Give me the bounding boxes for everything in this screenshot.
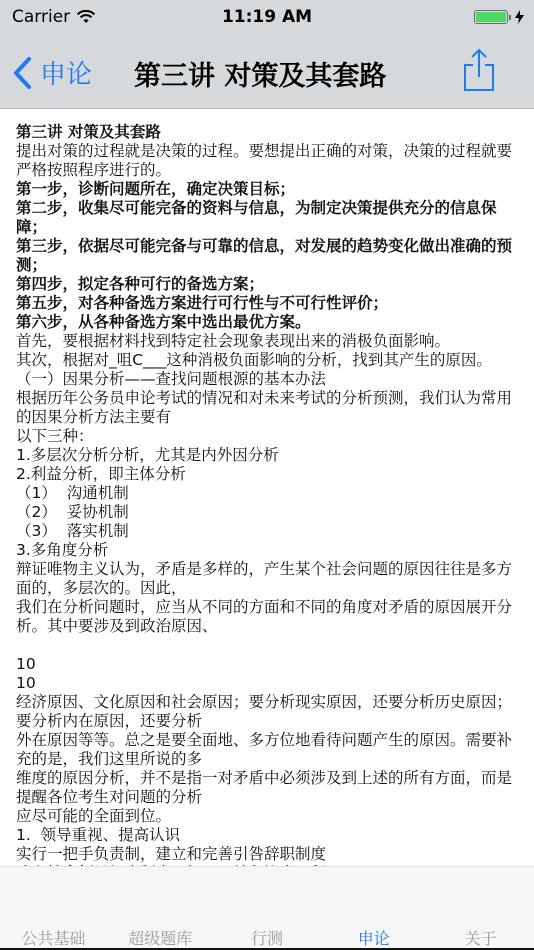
battery-icon (474, 10, 508, 24)
article-content[interactable]: 第三讲 对策及其套路提出对策的过程就是决策的过程。要想提出正确的对策，决策的过程… (0, 109, 534, 866)
page-title: 第三讲 对策及其套路 (134, 54, 386, 93)
article-line: 第二步，收集尽可能完备的资料与信息，为制定决策提供充分的信息保障； (16, 199, 518, 237)
article-line: 第五步，对各种备选方案进行可行性与不可行性评价； (16, 294, 518, 313)
article-line: 首先，要根据材料找到特定社会现象表现出来的消极负面影响。 (16, 332, 518, 351)
article-line (16, 636, 518, 655)
article-line: 根据历年公务员申论考试的情况和对未来考试的分析预测，我们认为常用的因果分析方法主… (16, 389, 518, 427)
tab-3[interactable]: 申论 (320, 926, 427, 949)
article-line: 2.利益分析，即主体分析 (16, 465, 518, 484)
article-line: 实行一把手负责制，建立和完善引咎辞职制度 (16, 845, 518, 864)
article-line: （一）因果分析——查找问题根源的基本办法 (16, 370, 518, 389)
charging-bolt-icon (515, 10, 524, 24)
back-label: 申论 (40, 54, 92, 91)
tab-4[interactable]: 关于 (427, 926, 534, 949)
tab-2[interactable]: 行测 (214, 926, 321, 949)
article-line: 以下三种： (16, 427, 518, 446)
battery-status (474, 10, 524, 24)
article-line: 第一步，诊断问题所在，确定决策目标； (16, 180, 518, 199)
article-line: 第三步，依据尽可能完备与可靠的信息，对发展的趋势变化做出准确的预测； (16, 237, 518, 275)
battery-tip (509, 15, 511, 20)
chevron-left-icon (12, 57, 32, 89)
tab-0[interactable]: 公共基础 (0, 926, 107, 949)
share-icon[interactable] (462, 48, 496, 92)
article-line: 其次，根据对_咀C___这种消极负面影响的分析，找到其产生的原因。 (16, 351, 518, 370)
article-line: 10 (16, 655, 518, 674)
article-line: 第六步，从各种备选方案中选出最优方案。 (16, 313, 518, 332)
article-line: 经济原因、文化原因和社会原因；要分析现实原因，还要分析历史原因；要分析内在原因，… (16, 693, 518, 731)
article-line: 1.多层次分析分析，尤其是内外因分析 (16, 446, 518, 465)
article-line: 1. 领导重视、提高认识 (16, 826, 518, 845)
status-bar: Carrier 11:19 AM (0, 0, 534, 38)
article-line: 应尽可能的全面到位。 (16, 807, 518, 826)
back-button[interactable]: 申论 (12, 54, 92, 91)
article-line: 3.多角度分析 (16, 541, 518, 560)
article-line: 我们在分析问题时，应当从不同的方面和不同的角度对矛盾的原因展开分析。其中要涉及到… (16, 598, 518, 636)
article-line: 第四步，拟定各种可行的备选方案； (16, 275, 518, 294)
article-line: （1） 沟通机制 (16, 484, 518, 503)
article-line: 第三讲 对策及其套路 (16, 123, 518, 142)
article-line: 维度的原因分析，并不是指一对矛盾中必须涉及到上述的所有方面，而是提醒各位考生对问… (16, 769, 518, 807)
article-line: 提出对策的过程就是决策的过程。要想提出正确的对策，决策的过程就要严格按照程序进行… (16, 142, 518, 180)
article-line: 10 (16, 674, 518, 693)
navigation-bar: 申论 第三讲 对策及其套路 (0, 38, 534, 109)
tab-bar: 公共基础超级题库行测申论关于 (0, 866, 534, 950)
tab-1[interactable]: 超级题库 (107, 926, 214, 949)
article-line: 辩证唯物主义认为，矛盾是多样的，产生某个社会问题的原因往往是多方面的，多层次的。… (16, 560, 518, 598)
article-line: （3） 落实机制 (16, 522, 518, 541)
article-line: （2） 妥协机制 (16, 503, 518, 522)
article-line: 外在原因等等。总之是要全面地、多方位地看待问题产生的原因。需要补充的是，我们这里… (16, 731, 518, 769)
clock: 11:19 AM (0, 7, 534, 27)
